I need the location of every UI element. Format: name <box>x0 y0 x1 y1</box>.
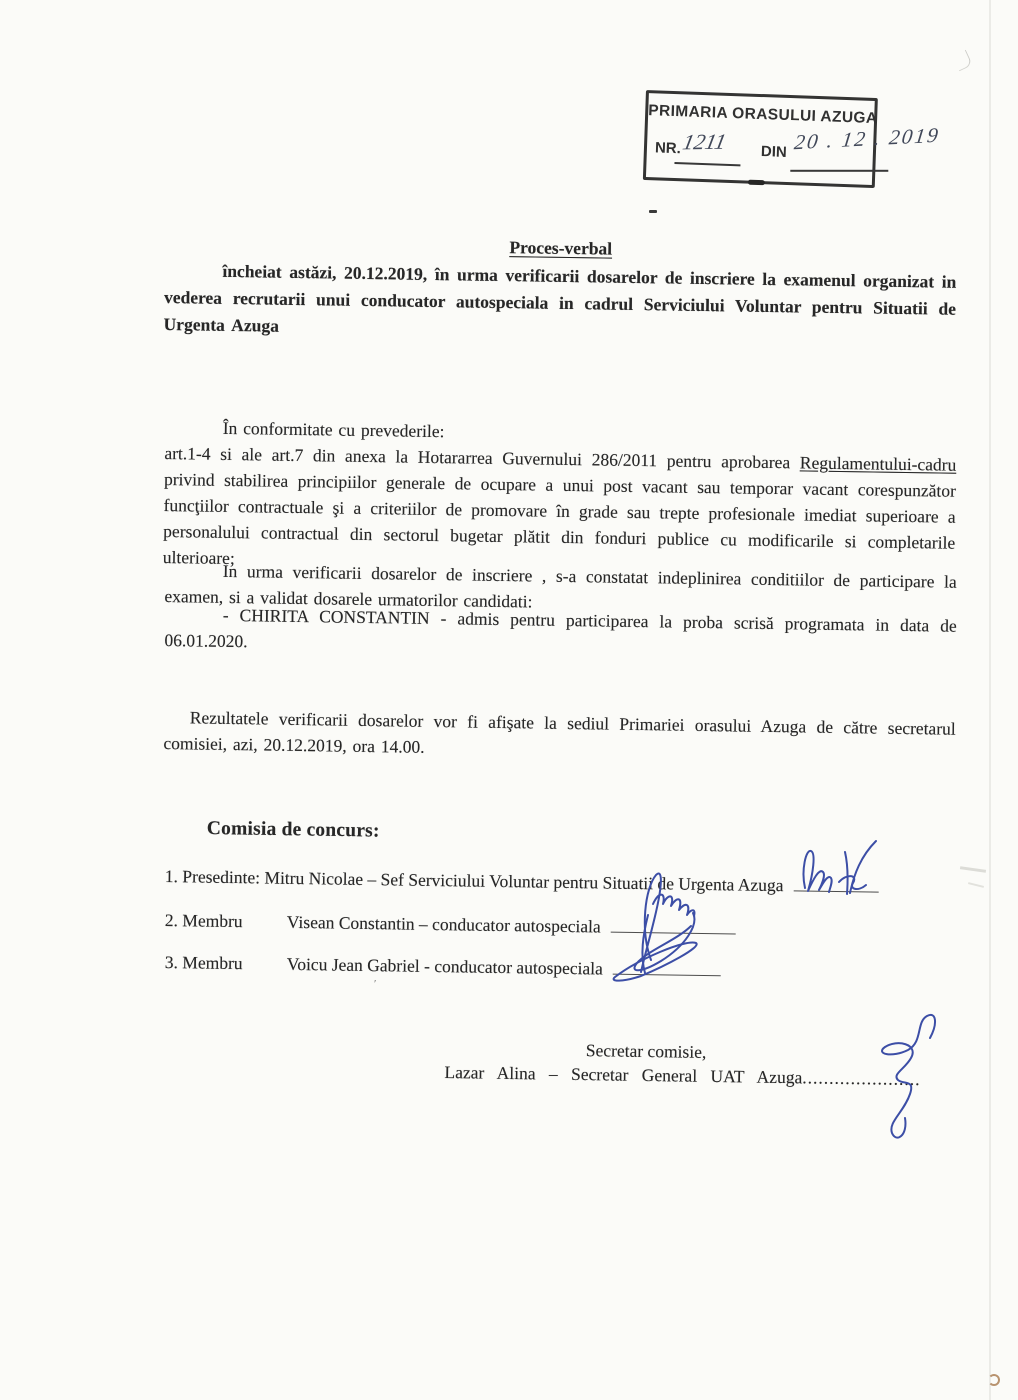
candidate-paragraph: - CHIRITA CONSTANTIN - admis pentru part… <box>164 601 957 665</box>
member-number-role: 2. Membru <box>165 910 283 933</box>
paper-speck <box>988 1374 1000 1386</box>
legal-basis-block: În conformitate cu prevederile: art.1-4 … <box>163 414 957 582</box>
stamp-nr-underline <box>674 162 740 166</box>
secretary-signature-ink <box>842 1008 946 1150</box>
member-description: Voicu Jean Gabriel - conducator autospec… <box>287 954 603 979</box>
stamp-nr-label: NR. <box>655 139 681 157</box>
legal-underlined-reference: Regulamentului-cadru <box>800 452 957 474</box>
stamp-ink-blob <box>748 180 765 186</box>
stray-pen-tick: ′ <box>374 978 376 990</box>
results-paragraph: Rezultatele verificarii dosarelor vor fi… <box>163 704 956 768</box>
scan-corner-mark <box>952 50 973 72</box>
legal-text-before: art.1-4 si ale art.7 din anexa la Hotara… <box>164 443 800 472</box>
member-description: Visean Constantin – conducator autospeci… <box>287 912 601 937</box>
intro-paragraph: încheiat astăzi, 20.12.2019, în urma ver… <box>163 257 956 350</box>
stamp-border-box: PRIMARIA ORASULUI AZUGA NR. DIN 1211 20 … <box>643 90 878 188</box>
stray-dash-mark <box>649 210 657 213</box>
title-and-intro-block: Proces-verbal încheiat astăzi, 20.12.201… <box>163 232 956 350</box>
stamp-date-handwritten-value: 20 . 12 . 2019 <box>793 123 942 155</box>
scanned-document-page: { "page": { "paper_color": "#fbfbf8", "t… <box>0 0 1018 1400</box>
scan-smudge <box>960 866 986 873</box>
results-block: Rezultatele verificarii dosarelor vor fi… <box>163 704 956 768</box>
stamp-date-underline <box>790 170 888 172</box>
secretary-name-line: Lazar Alina – Secretar General UAT Azuga <box>444 1062 802 1087</box>
candidate-block: - CHIRITA CONSTANTIN - admis pentru part… <box>164 601 957 665</box>
stamp-org-name: PRIMARIA ORASULUI AZUGA <box>648 102 874 128</box>
member-2-3-signature-ink <box>593 860 743 994</box>
scan-edge-line <box>989 0 991 1400</box>
legal-text-after: privind stabilirea principiilor generale… <box>163 469 956 568</box>
president-signature-ink <box>798 836 902 908</box>
member-number-role: 1. Presedinte: <box>165 866 261 887</box>
scan-smudge <box>968 882 984 888</box>
commission-heading: Comisia de concurs: <box>207 818 380 843</box>
member-number-role: 3. Membru <box>165 952 283 975</box>
stamp-din-label: DIN <box>761 143 787 161</box>
registration-stamp: PRIMARIA ORASULUI AZUGA NR. DIN 1211 20 … <box>646 90 878 180</box>
commission-row-president: 1. Presedinte: Mitru Nicolae – Sef Servi… <box>165 866 879 898</box>
stamp-nr-handwritten-value: 1211 <box>680 129 728 156</box>
